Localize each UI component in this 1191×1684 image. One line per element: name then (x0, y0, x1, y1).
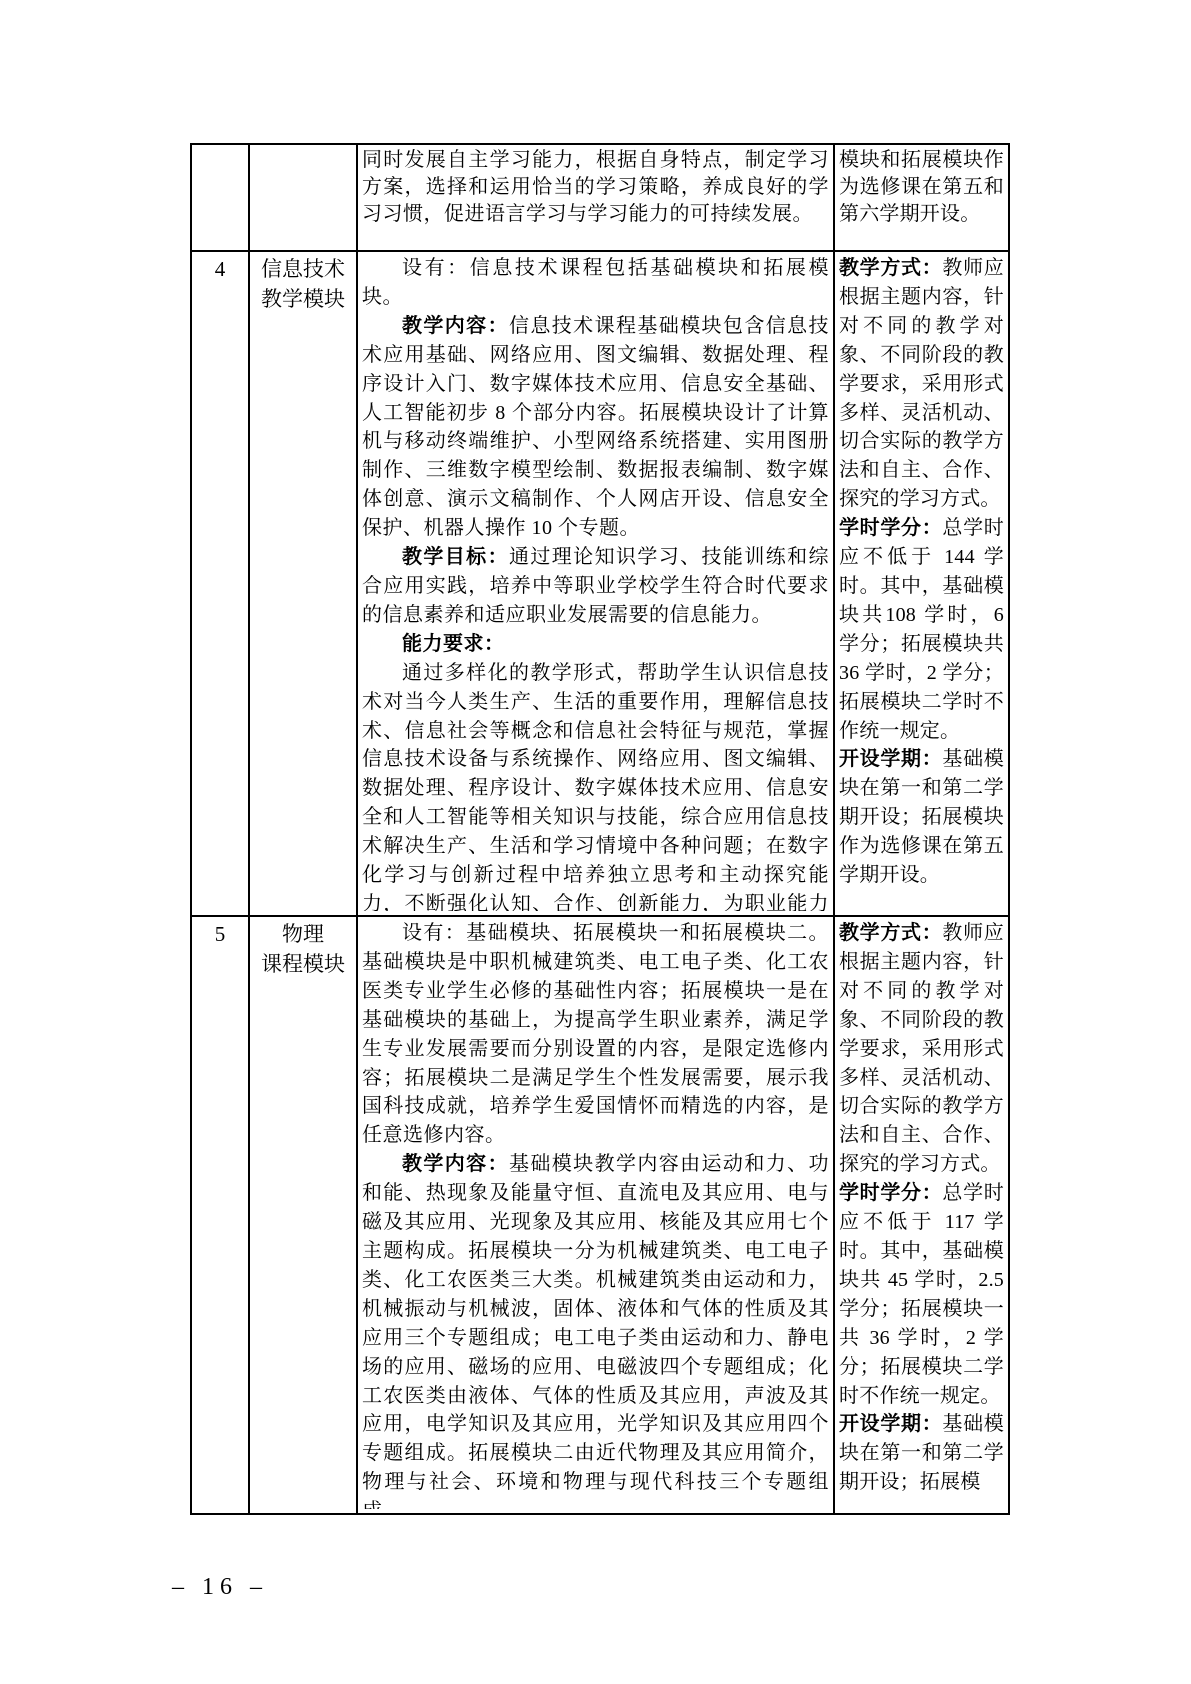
paragraph-text: 通过多样化的教学形式，帮助学生认识信息技术对当今人类生产、生活的重要作用，理解信… (362, 662, 829, 911)
notes-cell: 教学方式：教师应根据主题内容，针对不同的教学对象、不同阶段的教学要求，采用形式多… (834, 916, 1009, 1514)
content-cell: 同时发展自主学习能力，根据自身特点，制定学习方案，选择和运用恰当的学习策略，养成… (357, 144, 834, 251)
bold-label: 开设学期： (839, 1413, 942, 1435)
paragraph: 教学内容：信息技术课程基础模块包含信息技术应用基础、网络应用、图文编辑、数据处理… (362, 312, 829, 543)
document-page: 同时发展自主学习能力，根据自身特点，制定学习方案，选择和运用恰当的学习策略，养成… (0, 0, 1191, 1684)
bold-label: 学时学分： (839, 1182, 942, 1204)
paragraph: 学时学分：总学时应不低于 117 学时。其中，基础模块共 45 学时，2.5 学… (839, 1179, 1004, 1410)
module-cell: 信息技术 教学模块 (249, 251, 357, 916)
paragraph: 能力要求： (362, 630, 829, 659)
bold-label: 教学方式： (839, 922, 942, 944)
paragraph: 开设学期：基础模块在第一和第二学期开设；拓展模 (839, 1410, 1004, 1497)
paragraph-text: 基础模块教学内容由运动和力、功和能、热现象及能量守恒、直流电及其应用、电与磁及其… (362, 1153, 829, 1509)
seq-value: 5 (196, 919, 244, 949)
curriculum-table: 同时发展自主学习能力，根据自身特点，制定学习方案，选择和运用恰当的学习策略，养成… (190, 143, 1010, 1515)
paragraph: 教学目标：通过理论知识学习、技能训练和综合应用实践，培养中等职业学校学生符合时代… (362, 543, 829, 630)
seq-value: 4 (196, 254, 244, 284)
paragraph-text: 教师应根据主题内容，针对不同的教学对象、不同阶段的教学要求，采用形式多样、灵活机… (839, 922, 1004, 1175)
module-name-line: 课程模块 (254, 949, 352, 979)
paragraph: 设有：信息技术课程包括基础模块和拓展模块。 (362, 254, 829, 312)
module-name-line: 信息技术 (254, 254, 352, 284)
paragraph-text: 设有：基础模块、拓展模块一和拓展模块二。基础模块是中职机械建筑类、电工电子类、化… (362, 922, 829, 1146)
paragraph: 同时发展自主学习能力，根据自身特点，制定学习方案，选择和运用恰当的学习策略，养成… (362, 147, 829, 228)
seq-cell (191, 144, 249, 251)
paragraph: 模块和拓展模块作为选修课在第五和第六学期开设。 (839, 147, 1004, 228)
module-name-line: 物理 (254, 919, 352, 949)
bold-label: 教学目标： (402, 546, 509, 568)
paragraph-text: 模块和拓展模块作为选修课在第五和第六学期开设。 (839, 149, 1004, 225)
bold-label: 教学方式： (839, 257, 942, 279)
paragraph-text: 总学时应不低于 117 学时。其中，基础模块共 45 学时，2.5 学分；拓展模… (839, 1182, 1004, 1406)
table-row-4: 4 信息技术 教学模块 设有：信息技术课程包括基础模块和拓展模块。 教学内容：信… (191, 251, 1009, 916)
paragraph: 教学方式：教师应根据主题内容，针对不同的教学对象、不同阶段的教学要求，采用形式多… (839, 919, 1004, 1179)
paragraph-text: 信息技术课程基础模块包含信息技术应用基础、网络应用、图文编辑、数据处理、程序设计… (362, 315, 829, 539)
bold-label: 开设学期： (839, 748, 942, 770)
table-row-5: 5 物理 课程模块 设有：基础模块、拓展模块一和拓展模块二。基础模块是中职机械建… (191, 916, 1009, 1514)
seq-value (196, 147, 244, 248)
paragraph-text: 设有：信息技术课程包括基础模块和拓展模块。 (362, 257, 829, 308)
paragraph: 教学内容：基础模块教学内容由运动和力、功和能、热现象及能量守恒、直流电及其应用、… (362, 1150, 829, 1509)
notes-cell: 模块和拓展模块作为选修课在第五和第六学期开设。 (834, 144, 1009, 251)
page-number: – 16 – (172, 1574, 268, 1601)
paragraph-text: 教师应根据主题内容，针对不同的教学对象、不同阶段的教学要求，采用形式多样、灵活机… (839, 257, 1004, 510)
seq-cell: 4 (191, 251, 249, 916)
paragraph: 通过多样化的教学形式，帮助学生认识信息技术对当今人类生产、生活的重要作用，理解信… (362, 659, 829, 911)
bold-label: 能力要求： (402, 633, 505, 655)
seq-cell: 5 (191, 916, 249, 1514)
bold-label: 教学内容： (402, 1153, 509, 1175)
paragraph-text: 总学时应不低于 144 学时。其中，基础模块共108 学时，6 学分；拓展模块共… (839, 517, 1004, 741)
notes-cell: 教学方式：教师应根据主题内容，针对不同的教学对象、不同阶段的教学要求，采用形式多… (834, 251, 1009, 916)
module-cell: 物理 课程模块 (249, 916, 357, 1514)
paragraph-text: 同时发展自主学习能力，根据自身特点，制定学习方案，选择和运用恰当的学习策略，养成… (362, 149, 829, 225)
module-cell (249, 144, 357, 251)
module-name-line: 教学模块 (254, 284, 352, 314)
table-row-continuation: 同时发展自主学习能力，根据自身特点，制定学习方案，选择和运用恰当的学习策略，养成… (191, 144, 1009, 251)
paragraph: 学时学分：总学时应不低于 144 学时。其中，基础模块共108 学时，6 学分；… (839, 514, 1004, 745)
content-cell: 设有：基础模块、拓展模块一和拓展模块二。基础模块是中职机械建筑类、电工电子类、化… (357, 916, 834, 1514)
bold-label: 学时学分： (839, 517, 942, 539)
paragraph: 设有：基础模块、拓展模块一和拓展模块二。基础模块是中职机械建筑类、电工电子类、化… (362, 919, 829, 1150)
content-cell: 设有：信息技术课程包括基础模块和拓展模块。 教学内容：信息技术课程基础模块包含信… (357, 251, 834, 916)
bold-label: 教学内容： (402, 315, 509, 337)
paragraph: 开设学期：基础模块在第一和第二学期开设；拓展模块作为选修课在第五学期开设。 (839, 745, 1004, 890)
paragraph: 教学方式：教师应根据主题内容，针对不同的教学对象、不同阶段的教学要求，采用形式多… (839, 254, 1004, 514)
